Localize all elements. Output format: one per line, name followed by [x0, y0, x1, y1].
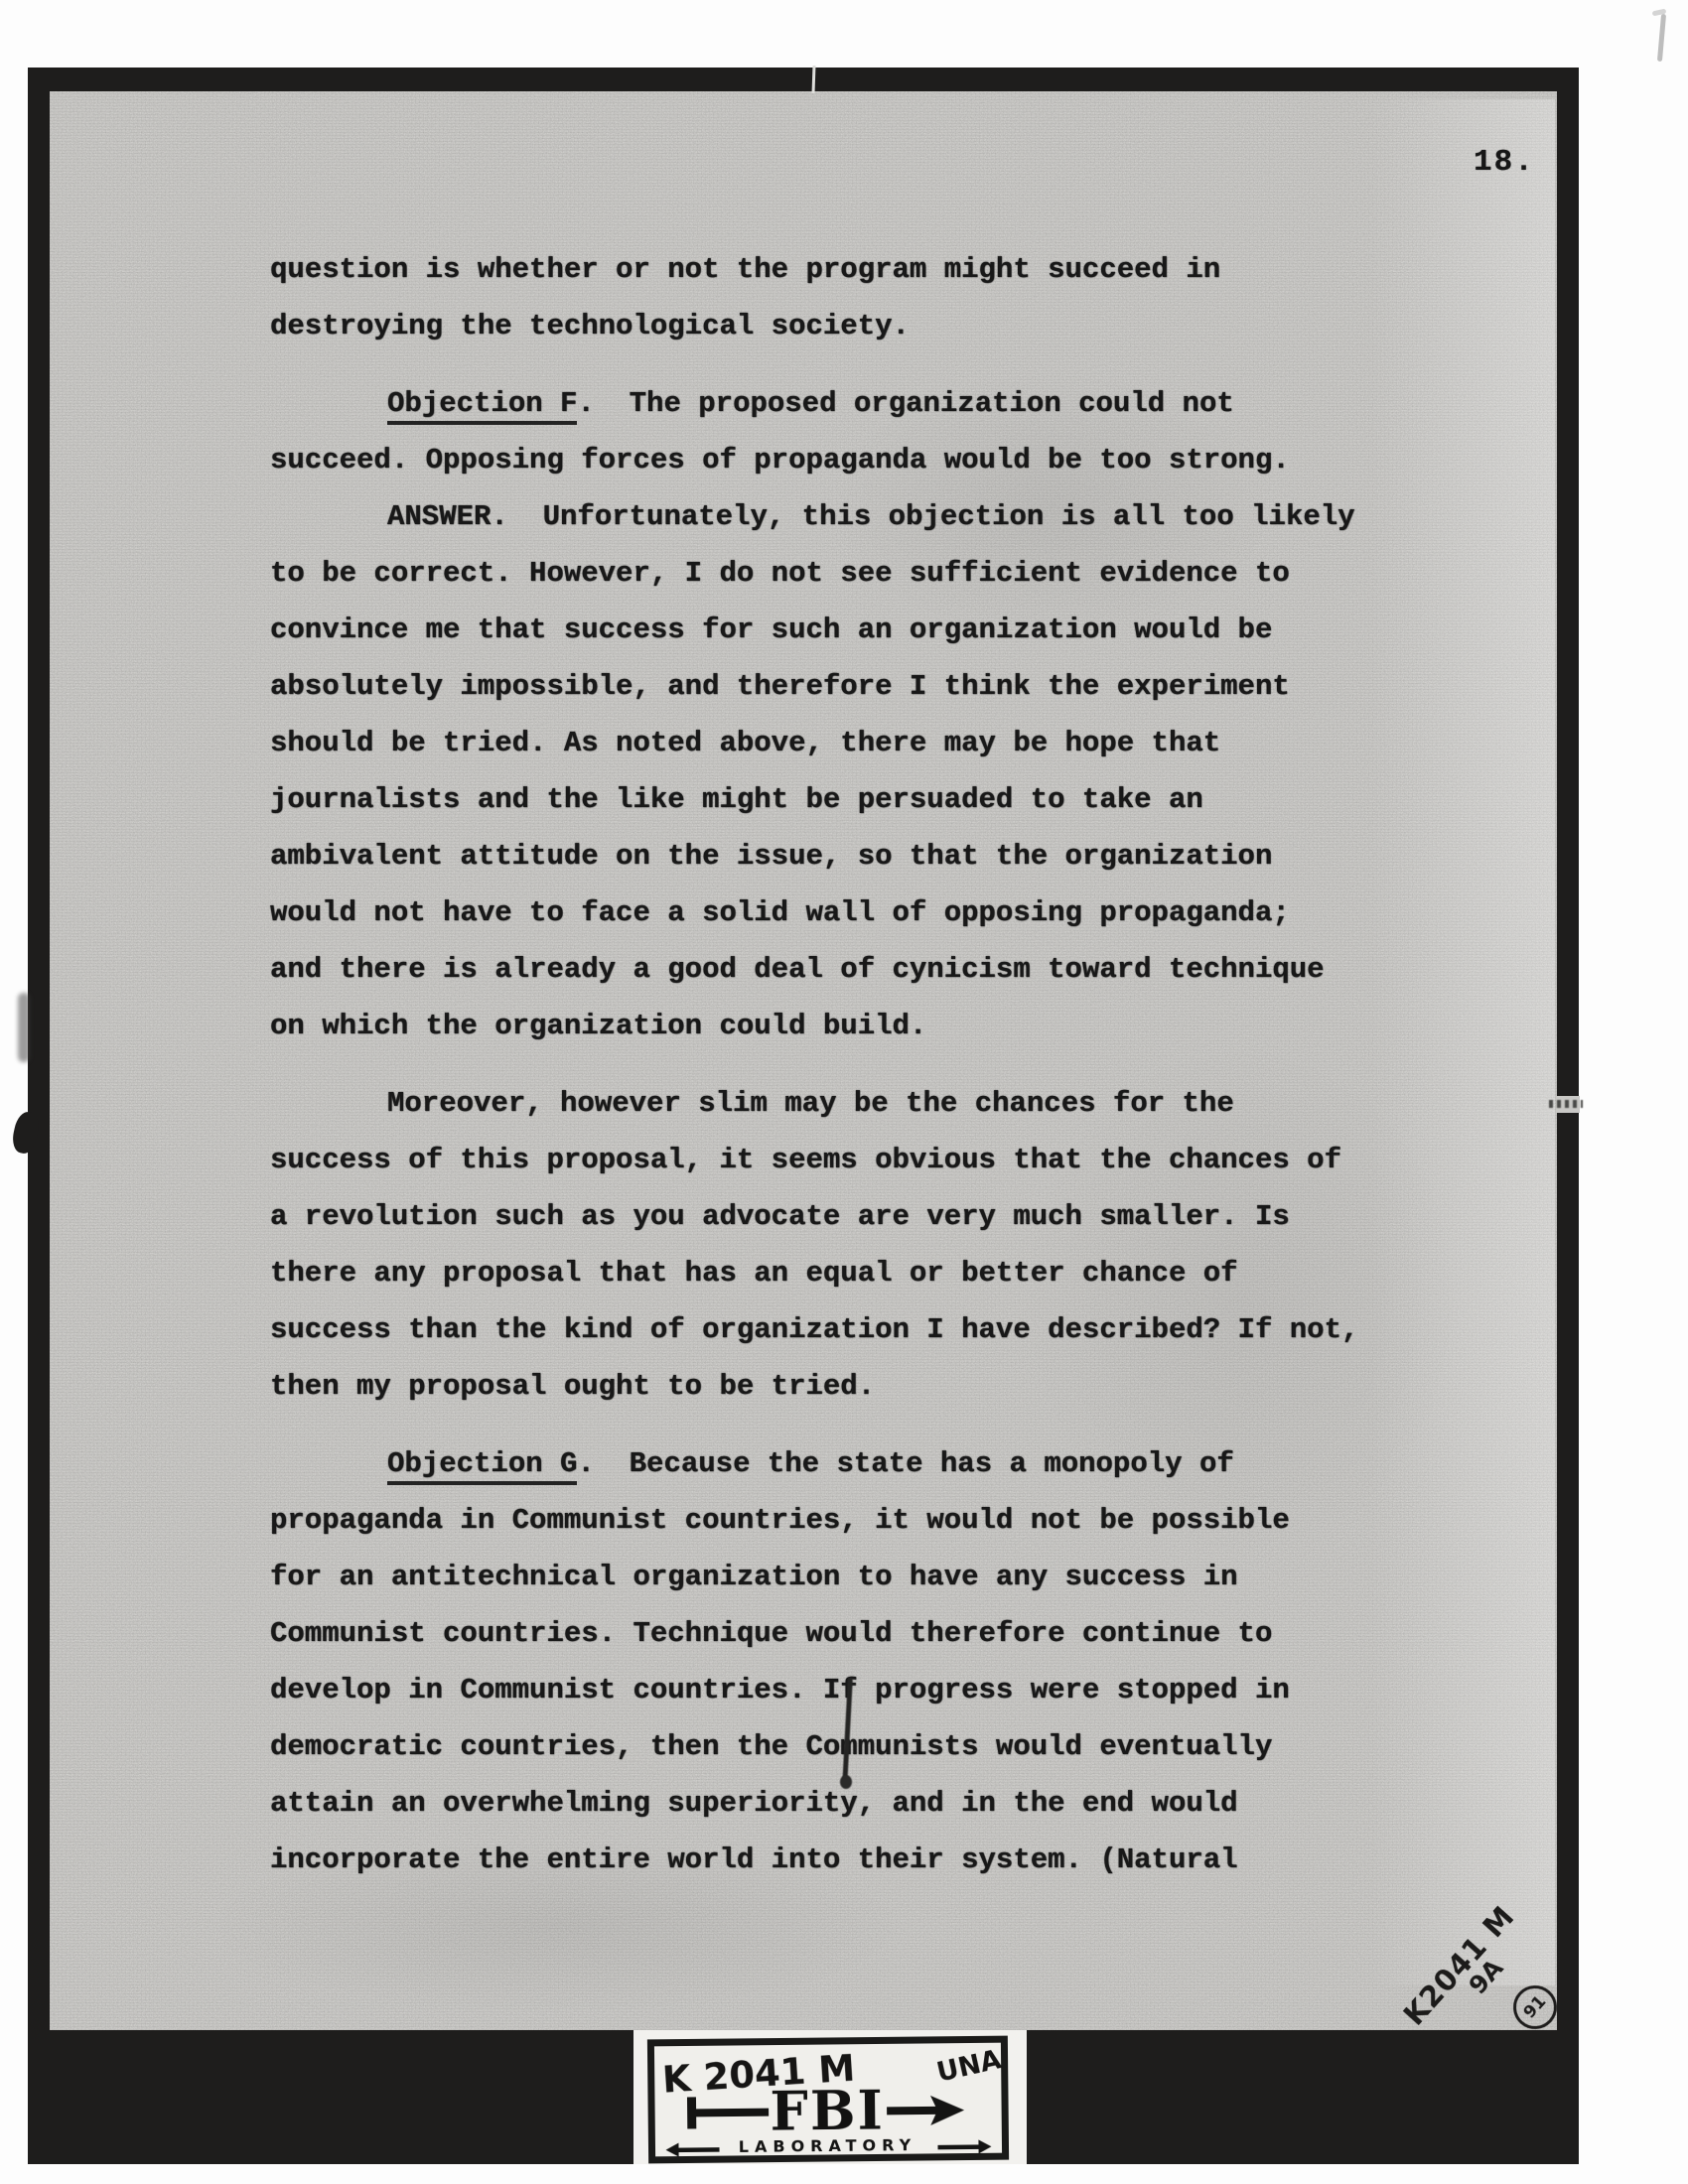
ink-blot — [840, 1775, 852, 1789]
typed-line: propaganda in Communist countries, it wo… — [270, 1492, 1442, 1549]
fbi-laboratory-stamp: K 2041 M UNA FBI LABORATORY — [646, 2035, 1009, 2164]
typed-line: then my proposal ought to be tried. — [270, 1358, 1442, 1415]
typed-line: Communist countries. Technique would the… — [270, 1605, 1442, 1662]
typed-line: there any proposal that has an equal or … — [270, 1245, 1442, 1301]
scanned-document-page: 18. question is whether or not the progr… — [0, 0, 1688, 2184]
stamp-agency-name: FBI — [770, 2078, 885, 2142]
typed-line: success than the kind of organization I … — [270, 1301, 1442, 1358]
typed-line: question is whether or not the program m… — [270, 241, 1442, 298]
typed-line: destroying the technological society. — [270, 298, 1442, 354]
border-break-speckle — [1549, 1100, 1583, 1108]
typed-line: should be tried. As noted above, there m… — [270, 715, 1442, 771]
typed-line: on which the organization could build. — [270, 998, 1442, 1054]
typed-line: ambivalent attitude on the issue, so tha… — [270, 828, 1442, 885]
underlined-heading: Objection G — [387, 1447, 577, 1485]
stamp-unit-name: LABORATORY — [739, 2135, 917, 2156]
typed-line: for an antitechnical organization to hav… — [270, 1549, 1442, 1605]
typed-line: Objection F. The proposed organization c… — [270, 375, 1442, 432]
typed-line: incorporate the entire world into their … — [270, 1832, 1442, 1888]
typed-line: absolutely impossible, and therefore I t… — [270, 658, 1442, 715]
typed-line: would not have to face a solid wall of o… — [270, 885, 1442, 941]
typed-line: and there is already a good deal of cyni… — [270, 941, 1442, 998]
edge-shadow — [18, 993, 30, 1062]
typed-line: democratic countries, then the Communist… — [270, 1718, 1442, 1775]
faint-pen-mark — [1657, 14, 1666, 62]
typed-line: a revolution such as you advocate are ve… — [270, 1188, 1442, 1245]
typed-line: success of this proposal, it seems obvio… — [270, 1132, 1442, 1188]
typed-line: Moreover, however slim may be the chance… — [270, 1075, 1442, 1132]
typed-line: succeed. Opposing forces of propaganda w… — [270, 432, 1442, 488]
typed-line: convince me that success for such an org… — [270, 602, 1442, 658]
page-number: 18. — [1474, 145, 1535, 180]
underlined-heading: Objection F — [387, 387, 577, 425]
typed-line: to be correct. However, I do not see suf… — [270, 545, 1442, 602]
fbi-stamp-graphic: K 2041 M UNA FBI LABORATORY — [646, 2035, 1009, 2164]
typed-text: question is whether or not the program m… — [270, 241, 1442, 1888]
typed-line: journalists and the like might be persua… — [270, 771, 1442, 828]
typed-line: attain an overwhelming superiority, and … — [270, 1775, 1442, 1832]
typed-line: Objection G. Because the state has a mon… — [270, 1435, 1442, 1492]
typed-line: ANSWER. Unfortunately, this objection is… — [270, 488, 1442, 545]
typed-line: develop in Communist countries. If progr… — [270, 1662, 1442, 1718]
